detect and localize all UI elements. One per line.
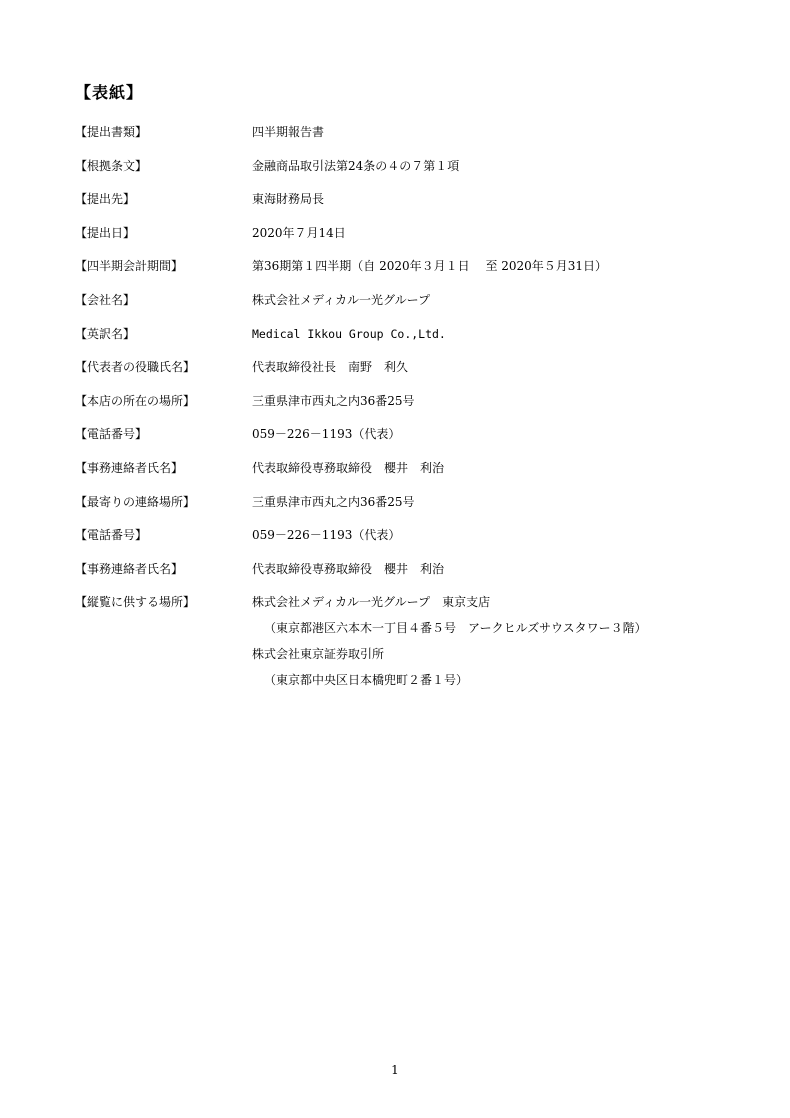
field-row: 【電話番号】059－226－1193（代表） bbox=[75, 426, 750, 442]
field-label: 【事務連絡者氏名】 bbox=[75, 460, 252, 476]
field-value: 第36期第１四半期（自 2020年３月１日 至 2020年５月31日） bbox=[252, 258, 750, 274]
field-label: 【提出日】 bbox=[75, 225, 252, 241]
page-number: 1 bbox=[0, 1062, 790, 1078]
field-value: 三重県津市西丸之内36番25号 bbox=[252, 393, 750, 409]
field-label: 【英訳名】 bbox=[75, 326, 252, 342]
field-row: 【会社名】株式会社メディカル一光グループ bbox=[75, 292, 750, 308]
field-value: 059－226－1193（代表） bbox=[252, 527, 750, 543]
field-value: 株式会社メディカル一光グループ 東京支店（東京都港区六本木一丁目４番５号 アーク… bbox=[252, 594, 750, 698]
field-value-line: 株式会社東京証券取引所 bbox=[252, 646, 750, 662]
field-row: 【事務連絡者氏名】代表取締役専務取締役 櫻井 利治 bbox=[75, 460, 750, 476]
field-label: 【会社名】 bbox=[75, 292, 252, 308]
field-value: 株式会社メディカル一光グループ bbox=[252, 292, 750, 308]
field-label: 【事務連絡者氏名】 bbox=[75, 561, 252, 577]
field-value: Medical Ikkou Group Co.,Ltd. bbox=[252, 326, 750, 342]
field-row: 【根拠条文】金融商品取引法第24条の４の７第１項 bbox=[75, 158, 750, 174]
field-label: 【提出先】 bbox=[75, 191, 252, 207]
field-value: 四半期報告書 bbox=[252, 124, 750, 140]
field-value: 2020年７月14日 bbox=[252, 225, 750, 241]
field-label: 【代表者の役職氏名】 bbox=[75, 359, 252, 375]
field-row: 【四半期会計期間】第36期第１四半期（自 2020年３月１日 至 2020年５月… bbox=[75, 258, 750, 274]
field-row: 【提出先】東海財務局長 bbox=[75, 191, 750, 207]
document-page: 【表紙】 【提出書類】四半期報告書【根拠条文】金融商品取引法第24条の４の７第１… bbox=[0, 0, 790, 1118]
field-row: 【代表者の役職氏名】代表取締役社長 南野 利久 bbox=[75, 359, 750, 375]
field-row: 【縦覧に供する場所】株式会社メディカル一光グループ 東京支店（東京都港区六本木一… bbox=[75, 594, 750, 698]
field-row: 【最寄りの連絡場所】三重県津市西丸之内36番25号 bbox=[75, 494, 750, 510]
cover-fields: 【提出書類】四半期報告書【根拠条文】金融商品取引法第24条の４の７第１項【提出先… bbox=[75, 124, 750, 698]
field-value-line: 株式会社メディカル一光グループ 東京支店 bbox=[252, 594, 750, 610]
field-label: 【四半期会計期間】 bbox=[75, 258, 252, 274]
field-row: 【電話番号】059－226－1193（代表） bbox=[75, 527, 750, 543]
field-value: 東海財務局長 bbox=[252, 191, 750, 207]
field-label: 【本店の所在の場所】 bbox=[75, 393, 252, 409]
page-title: 【表紙】 bbox=[75, 84, 750, 102]
field-label: 【提出書類】 bbox=[75, 124, 252, 140]
field-value: 代表取締役専務取締役 櫻井 利治 bbox=[252, 561, 750, 577]
field-value: 059－226－1193（代表） bbox=[252, 426, 750, 442]
field-value: 金融商品取引法第24条の４の７第１項 bbox=[252, 158, 750, 174]
field-label: 【最寄りの連絡場所】 bbox=[75, 494, 252, 510]
field-row: 【事務連絡者氏名】代表取締役専務取締役 櫻井 利治 bbox=[75, 561, 750, 577]
field-label: 【電話番号】 bbox=[75, 426, 252, 442]
field-row: 【提出日】2020年７月14日 bbox=[75, 225, 750, 241]
field-value: 代表取締役専務取締役 櫻井 利治 bbox=[252, 460, 750, 476]
cover-page-content: 【表紙】 【提出書類】四半期報告書【根拠条文】金融商品取引法第24条の４の７第１… bbox=[75, 84, 750, 716]
field-value-line: （東京都港区六本木一丁目４番５号 アークヒルズサウスタワー３階） bbox=[252, 620, 750, 636]
field-label: 【縦覧に供する場所】 bbox=[75, 594, 252, 610]
field-value-line: （東京都中央区日本橋兜町２番１号） bbox=[252, 672, 750, 688]
field-row: 【英訳名】Medical Ikkou Group Co.,Ltd. bbox=[75, 326, 750, 342]
field-row: 【本店の所在の場所】三重県津市西丸之内36番25号 bbox=[75, 393, 750, 409]
field-label: 【根拠条文】 bbox=[75, 158, 252, 174]
field-row: 【提出書類】四半期報告書 bbox=[75, 124, 750, 140]
field-label: 【電話番号】 bbox=[75, 527, 252, 543]
field-value: 代表取締役社長 南野 利久 bbox=[252, 359, 750, 375]
field-value: 三重県津市西丸之内36番25号 bbox=[252, 494, 750, 510]
